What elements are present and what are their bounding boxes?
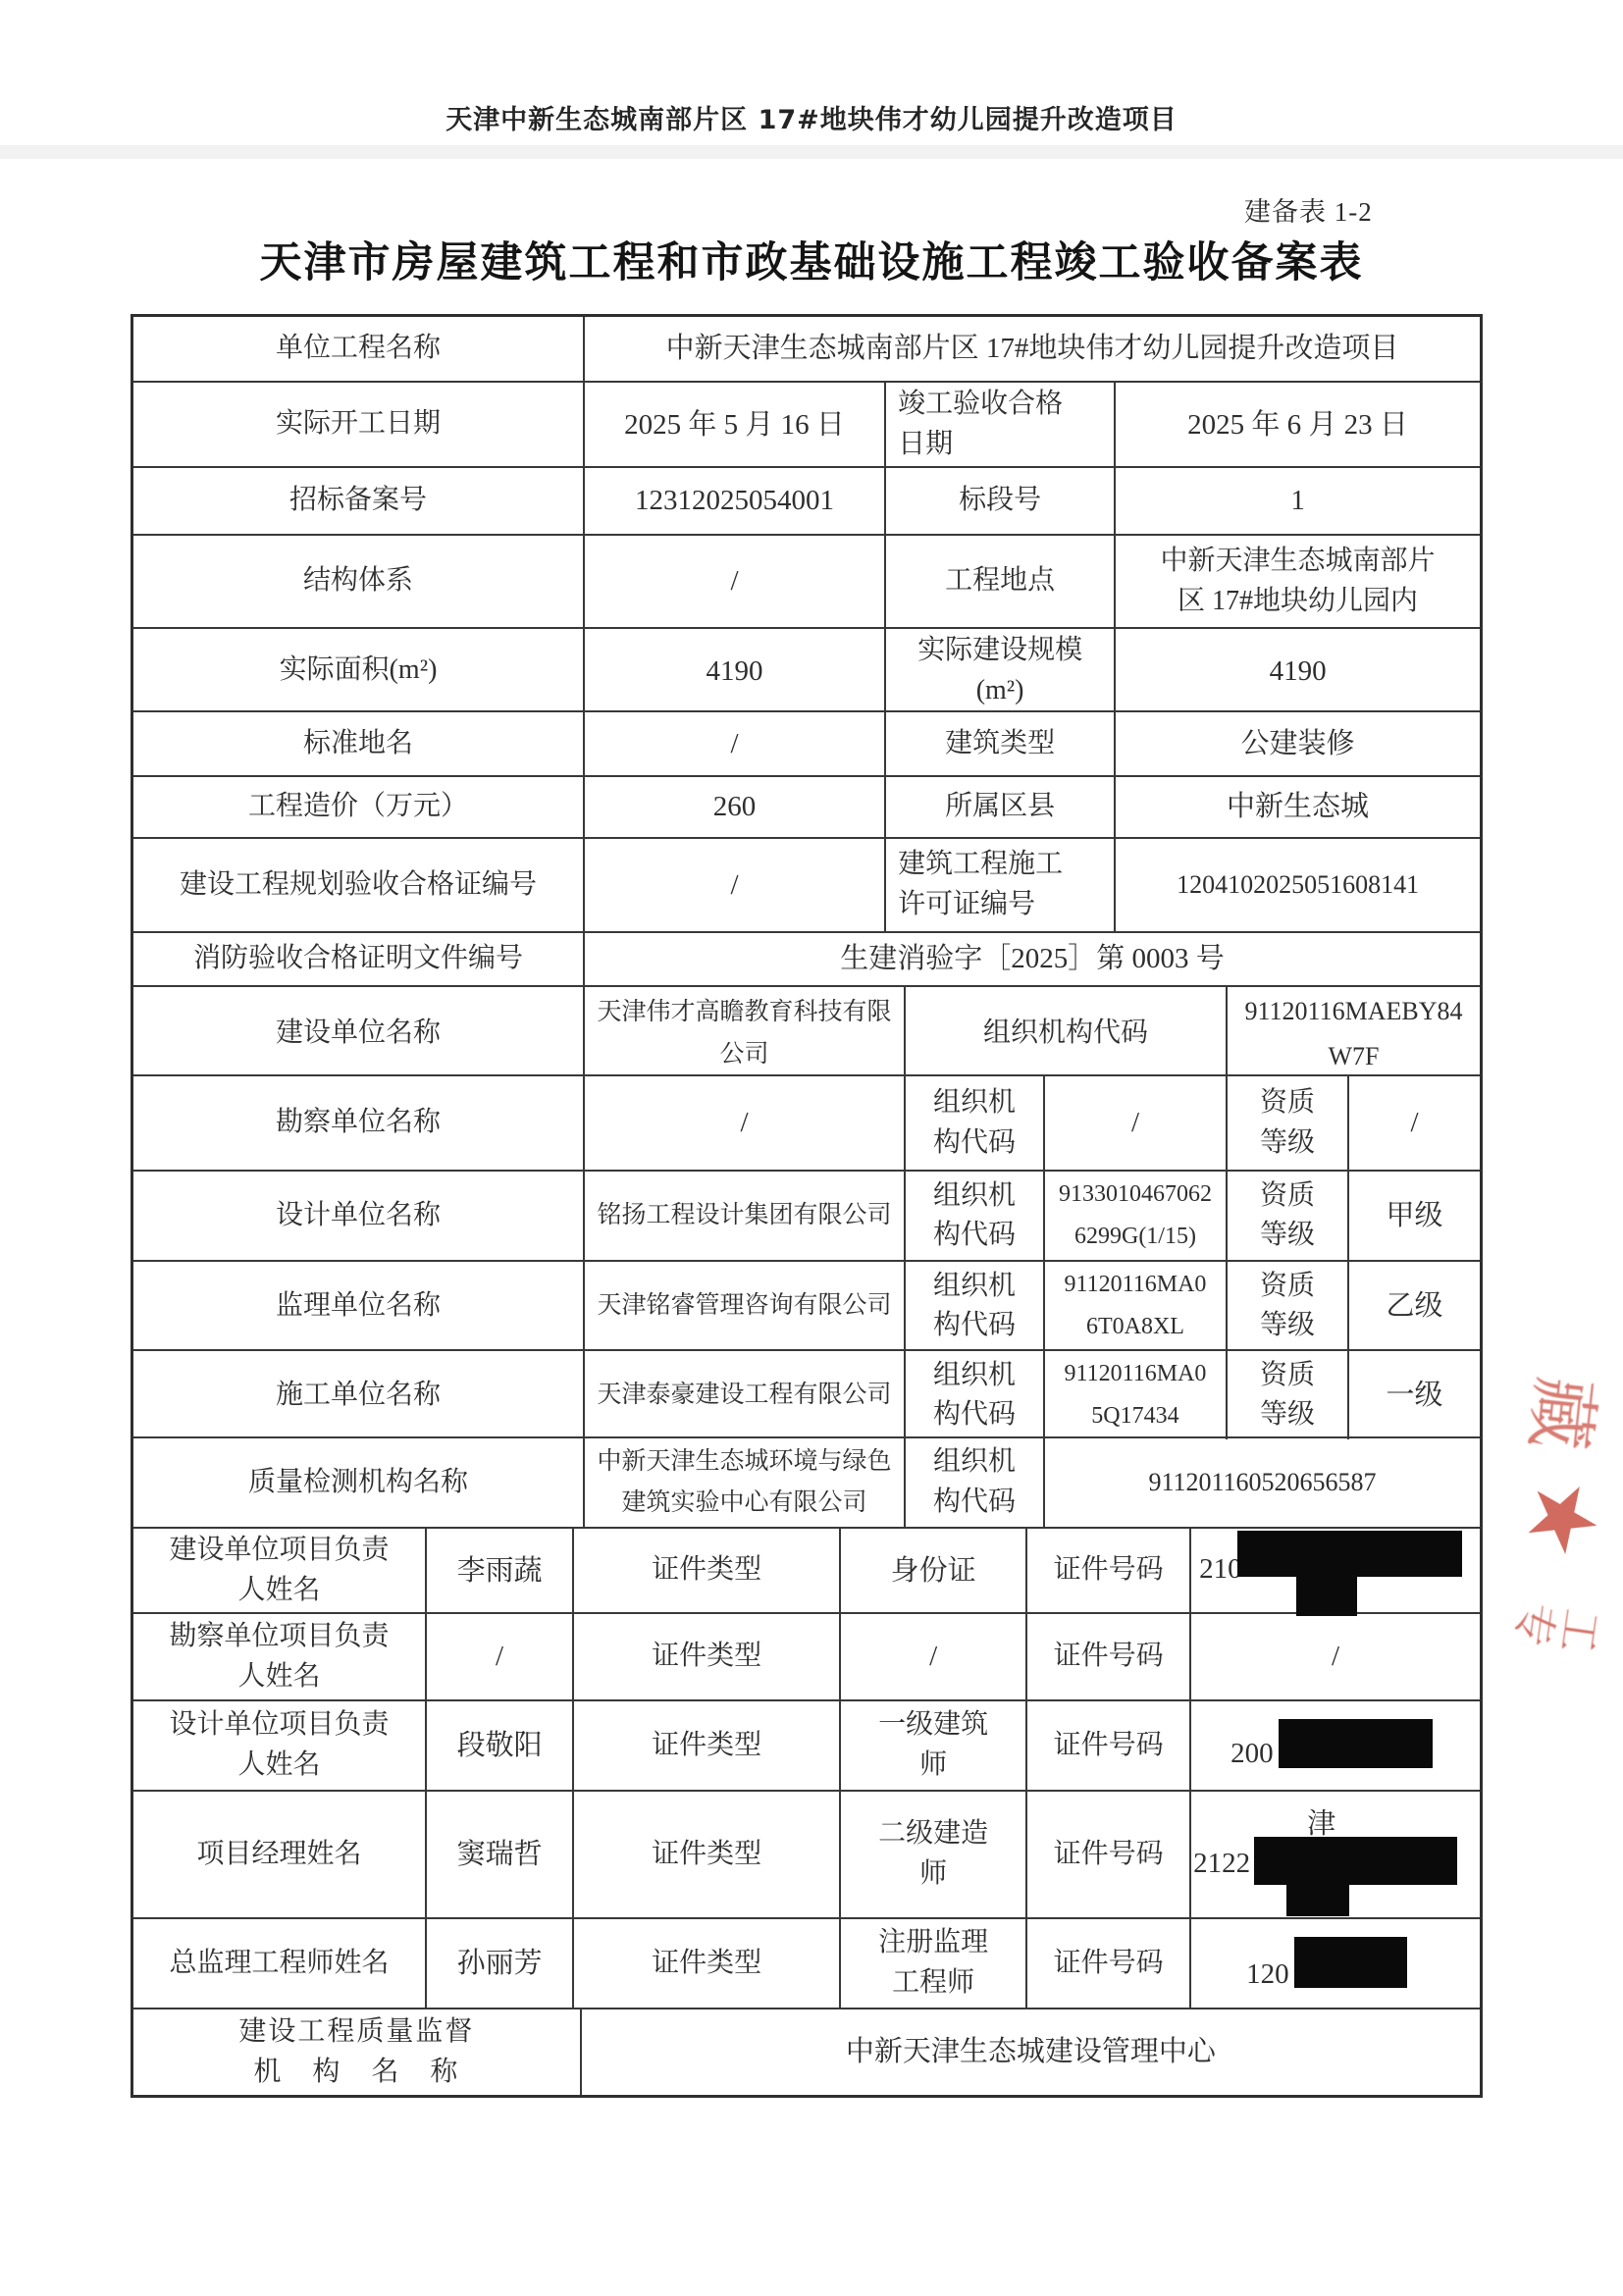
field-value: / — [585, 839, 886, 931]
field-value: 天津铭睿管理咨询有限公司 — [585, 1262, 906, 1350]
table-row: 设计单位项目负责 人姓名段敬阳证件类型一级建筑 师证件号码200 — [133, 1701, 1480, 1792]
table-row: 实际开工日期2025 年 5 月 16 日竣工验收合格 日期2025 年 6 月… — [133, 383, 1480, 468]
table-row: 消防验收合格证明文件编号生建消验字［2025］第 0003 号 — [133, 933, 1480, 987]
table-row: 标准地名/建筑类型公建装修 — [133, 712, 1480, 777]
field-label: 证件号码 — [1027, 1701, 1191, 1790]
field-label: 质量检测机构名称 — [133, 1438, 585, 1527]
field-value: / — [841, 1614, 1027, 1699]
field-label: 项目经理姓名 — [133, 1792, 427, 1917]
red-stamp: 藏 ★ 工 专 — [1517, 1356, 1623, 1690]
page-title: 天津市房屋建筑工程和市政基础设施工程竣工验收备案表 — [0, 230, 1623, 289]
field-label: 标准地名 — [133, 712, 585, 775]
registration-table: 单位工程名称中新天津生态城南部片区 17#地块伟才幼儿园提升改造项目实际开工日期… — [131, 314, 1483, 2098]
field-label: 建设工程规划验收合格证编号 — [133, 839, 585, 931]
stamp-star-icon: ★ — [1503, 1468, 1623, 1569]
form-code-label: 建备表 1-2 — [1244, 190, 1373, 229]
redacted-id-cell: 210 — [1191, 1529, 1480, 1612]
field-value: 4190 — [1116, 629, 1480, 712]
field-value: 中新天津生态城南部片区 17#地块伟才幼儿园提升改造项目 — [585, 317, 1480, 381]
table-row: 实际面积(m²)4190实际建设规模 (m²)4190 — [133, 629, 1480, 712]
field-label: 证件号码 — [1027, 1614, 1191, 1699]
redacted-id-cell: 津2122 — [1191, 1792, 1480, 1917]
table-row: 招标备案号12312025054001标段号1 — [133, 468, 1480, 536]
field-label: 监理单位名称 — [133, 1262, 585, 1350]
person-name: 窦瑞哲 — [427, 1792, 574, 1917]
field-label: 建设工程质量监督 机 构 名 称 — [133, 2009, 582, 2095]
field-label: 建设单位项目负责 人姓名 — [133, 1529, 427, 1612]
field-label: 设计单位项目负责 人姓名 — [133, 1701, 427, 1790]
field-label: 资质 等级 — [1228, 1262, 1349, 1350]
field-value: 91120116MA0 6T0A8XL — [1045, 1262, 1228, 1350]
field-value: 4190 — [585, 629, 886, 712]
field-label: 总监理工程师姓名 — [133, 1919, 427, 2008]
field-value: 12312025054001 — [585, 468, 886, 534]
field-label: 证件类型 — [574, 1529, 841, 1612]
field-label: 结构体系 — [133, 536, 585, 627]
field-value: 260 — [585, 777, 886, 837]
field-value: 身份证 — [841, 1529, 1027, 1612]
table-row: 结构体系/工程地点中新天津生态城南部片 区 17#地块幼儿园内 — [133, 536, 1480, 629]
field-value: 铭扬工程设计集团有限公司 — [585, 1172, 906, 1260]
field-label: 组织机 构代码 — [906, 1262, 1045, 1350]
partial-id-text: 120 — [1246, 1954, 1289, 1995]
field-label: 证件号码 — [1027, 1529, 1191, 1612]
field-label: 证件号码 — [1027, 1919, 1191, 2008]
field-label: 施工单位名称 — [133, 1351, 585, 1439]
field-value: 9133010467062 6299G(1/15) — [1045, 1172, 1228, 1260]
redaction-box — [1296, 1577, 1357, 1616]
field-value: 1 — [1116, 468, 1480, 534]
field-value: 天津泰豪建设工程有限公司 — [585, 1351, 906, 1439]
field-label: 组织机 构代码 — [906, 1438, 1045, 1527]
table-row: 施工单位名称天津泰豪建设工程有限公司组织机 构代码91120116MA0 5Q1… — [133, 1351, 1480, 1438]
field-label: 组织机 构代码 — [906, 1172, 1045, 1260]
field-label: 证件类型 — [574, 1614, 841, 1699]
field-value: 生建消验字［2025］第 0003 号 — [585, 933, 1480, 985]
field-label: 资质 等级 — [1228, 1172, 1349, 1260]
field-value: 天津伟才高瞻教育科技有限 公司 — [585, 987, 906, 1080]
table-row: 单位工程名称中新天津生态城南部片区 17#地块伟才幼儿园提升改造项目 — [133, 317, 1480, 383]
person-name: / — [427, 1614, 574, 1699]
field-label: 实际开工日期 — [133, 383, 585, 466]
field-value: 911201160520656587 — [1045, 1438, 1480, 1527]
stamp-character-fragment: 藏 — [1511, 1373, 1622, 1456]
field-value: / — [1349, 1076, 1480, 1170]
field-value: 中新天津生态城建设管理中心 — [582, 2009, 1480, 2095]
field-value: / — [585, 536, 886, 627]
field-value: / — [1191, 1614, 1480, 1699]
redaction-box — [1254, 1837, 1457, 1885]
field-label: 设计单位名称 — [133, 1172, 585, 1260]
field-value: 1204102025051608141 — [1116, 839, 1480, 931]
redaction-box — [1294, 1937, 1407, 1988]
table-row: 设计单位名称铭扬工程设计集团有限公司组织机 构代码9133010467062 6… — [133, 1172, 1480, 1262]
field-label: 单位工程名称 — [133, 317, 585, 381]
field-label: 竣工验收合格 日期 — [886, 383, 1116, 466]
field-label: 证件类型 — [574, 1701, 841, 1790]
redacted-id-cell: 200 — [1191, 1701, 1480, 1790]
field-label: 证件类型 — [574, 1792, 841, 1917]
field-value: 二级建造 师 — [841, 1792, 1027, 1917]
field-label: 建筑工程施工 许可证编号 — [886, 839, 1116, 931]
document-header: 天津中新生态城南部片区 17#地块伟才幼儿园提升改造项目 — [0, 98, 1623, 136]
field-value: 中新天津生态城南部片 区 17#地块幼儿园内 — [1116, 536, 1480, 627]
person-name: 孙丽芳 — [427, 1919, 574, 2008]
table-row: 勘察单位名称/组织机 构代码/资质 等级/ — [133, 1076, 1480, 1172]
field-value: 91120116MAEBY84 W7F — [1228, 987, 1480, 1080]
field-value: / — [585, 1076, 906, 1170]
field-value: / — [1045, 1076, 1228, 1170]
redaction-box — [1279, 1719, 1433, 1768]
field-label: 建筑类型 — [886, 712, 1116, 775]
field-label: 所属区县 — [886, 777, 1116, 837]
field-value: 91120116MA0 5Q17434 — [1045, 1351, 1228, 1439]
field-label: 勘察单位名称 — [133, 1076, 585, 1170]
redaction-box — [1237, 1531, 1462, 1577]
table-row: 建设工程规划验收合格证编号/建筑工程施工 许可证编号12041020250516… — [133, 839, 1480, 933]
partial-id-text: 210 — [1199, 1548, 1242, 1590]
field-label: 证件类型 — [574, 1919, 841, 2008]
field-label: 组织机 构代码 — [906, 1351, 1045, 1439]
scan-artifact-band — [0, 145, 1623, 159]
field-value: 乙级 — [1349, 1262, 1480, 1350]
field-label: 资质 等级 — [1228, 1351, 1349, 1439]
field-label: 消防验收合格证明文件编号 — [133, 933, 585, 985]
redaction-box — [1286, 1885, 1349, 1916]
field-label: 证件号码 — [1027, 1792, 1191, 1917]
stamp-character-fragment: 工 专 — [1507, 1599, 1603, 1657]
field-value: / — [585, 712, 886, 775]
field-label: 标段号 — [886, 468, 1116, 534]
field-label: 组织机构代码 — [906, 987, 1228, 1080]
field-label: 资质 等级 — [1228, 1076, 1349, 1170]
field-value: 注册监理 工程师 — [841, 1919, 1027, 2008]
table-row: 建设单位项目负责 人姓名李雨蔬证件类型身份证证件号码210 — [133, 1529, 1480, 1614]
table-row: 工程造价（万元）260所属区县中新生态城 — [133, 777, 1480, 839]
field-value: 2025 年 5 月 16 日 — [585, 383, 886, 466]
table-row: 建设工程质量监督 机 构 名 称中新天津生态城建设管理中心 — [133, 2009, 1480, 2095]
field-label: 实际面积(m²) — [133, 629, 585, 712]
partial-id-text: 2122 — [1193, 1843, 1250, 1884]
field-label: 实际建设规模 (m²) — [886, 629, 1116, 712]
table-row: 勘察单位项目负责 人姓名/证件类型/证件号码/ — [133, 1614, 1480, 1701]
field-value: 一级 — [1349, 1351, 1480, 1439]
field-label: 工程地点 — [886, 536, 1116, 627]
field-label: 招标备案号 — [133, 468, 585, 534]
field-label: 勘察单位项目负责 人姓名 — [133, 1614, 427, 1699]
field-value: 公建装修 — [1116, 712, 1480, 775]
field-value: 一级建筑 师 — [841, 1701, 1027, 1790]
table-row: 建设单位名称天津伟才高瞻教育科技有限 公司组织机构代码91120116MAEBY… — [133, 987, 1480, 1076]
table-row: 质量检测机构名称中新天津生态城环境与绿色 建筑实验中心有限公司组织机 构代码91… — [133, 1438, 1480, 1529]
table-row: 项目经理姓名窦瑞哲证件类型二级建造 师证件号码津2122 — [133, 1792, 1480, 1919]
table-row: 总监理工程师姓名孙丽芳证件类型注册监理 工程师证件号码120 — [133, 1919, 1480, 2009]
person-name: 李雨蔬 — [427, 1529, 574, 1612]
field-value: 中新天津生态城环境与绿色 建筑实验中心有限公司 — [585, 1438, 906, 1527]
partial-id-text: 200 — [1230, 1733, 1274, 1774]
field-value: 2025 年 6 月 23 日 — [1116, 383, 1480, 466]
redacted-id-cell: 120 — [1191, 1919, 1480, 2008]
field-label: 组织机 构代码 — [906, 1076, 1045, 1170]
field-value: 中新生态城 — [1116, 777, 1480, 837]
field-label: 工程造价（万元） — [133, 777, 585, 837]
field-value: 甲级 — [1349, 1172, 1480, 1260]
person-name: 段敬阳 — [427, 1701, 574, 1790]
field-label: 建设单位名称 — [133, 987, 585, 1080]
table-row: 监理单位名称天津铭睿管理咨询有限公司组织机 构代码91120116MA0 6T0… — [133, 1262, 1480, 1351]
